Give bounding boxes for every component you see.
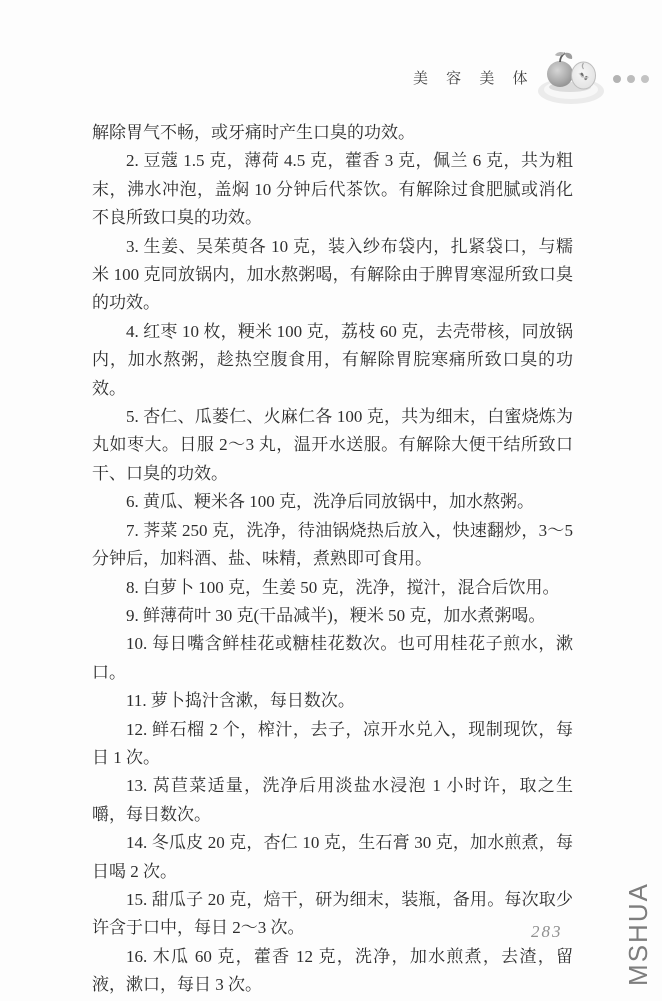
book-page: { "page": { "background": "#fdfdfd", "te… [0, 0, 662, 1001]
dot-icon [641, 75, 649, 83]
dot-icon [613, 75, 621, 83]
paragraph: 9. 鲜薄荷叶 30 克(干品减半)，粳米 50 克，加水煮粥喝。 [92, 602, 573, 630]
paragraph: 4. 红枣 10 枚，粳米 100 克，荔枝 60 克，去壳带核，同放锅内，加水… [92, 318, 573, 403]
paragraph: 11. 萝卜捣汁含漱，每日数次。 [92, 687, 573, 715]
apple-plate-photo-icon [537, 46, 607, 108]
spine-watermark: MSHUA [623, 874, 653, 994]
paragraph: 12. 鲜石榴 2 个，榨汁，去子，凉开水兑入，现制现饮，每日 1 次。 [92, 716, 573, 773]
three-dots-icon [613, 75, 649, 83]
paragraph: 13. 莴苣菜适量，洗净后用淡盐水浸泡 1 小时许，取之生嚼，每日数次。 [92, 772, 573, 829]
dot-icon [627, 75, 635, 83]
page-number: 283 [531, 922, 563, 942]
section-title: 美 容 美 体 [413, 67, 535, 88]
paragraph: 15. 甜瓜子 20 克，焙干，研为细末，装瓶，备用。每次取少许含于口中，每日 … [92, 886, 573, 943]
paragraph: 14. 冬瓜皮 20 克，杏仁 10 克，生石膏 30 克，加水煎煮，每日喝 2… [92, 829, 573, 886]
paragraph: 6. 黄瓜、粳米各 100 克，洗净后同放锅中，加水熬粥。 [92, 488, 573, 516]
paragraph: 10. 每日嘴含鲜桂花或糖桂花数次。也可用桂花子煎水，漱口。 [92, 630, 573, 687]
paragraph: 7. 荠菜 250 克，洗净，待油锅烧热后放入，快速翻炒，3～5 分钟后，加料酒… [92, 517, 573, 574]
paragraph: 3. 生姜、吴茱萸各 10 克，装入纱布袋内，扎紧袋口，与糯米 100 克同放锅… [92, 233, 573, 318]
paragraph: 解除胃气不畅，或牙痛时产生口臭的功效。 [92, 119, 573, 147]
paragraph: 8. 白萝卜 100 克，生姜 50 克，洗净，搅汁，混合后饮用。 [92, 574, 573, 602]
page-header: 美 容 美 体 [413, 44, 613, 110]
paragraph: 5. 杏仁、瓜蒌仁、火麻仁各 100 克，共为细末，白蜜烧炼为丸如枣大。日服 2… [92, 403, 573, 488]
paragraph: 16. 木瓜 60 克，藿香 12 克，洗净，加水煎煮，去渣，留液，漱口，每日 … [92, 943, 573, 1000]
paragraph: 2. 豆蔻 1.5 克，薄荷 4.5 克，藿香 3 克，佩兰 6 克，共为粗末，… [92, 147, 573, 232]
body-text: 解除胃气不畅，或牙痛时产生口臭的功效。2. 豆蔻 1.5 克，薄荷 4.5 克，… [92, 119, 573, 1000]
